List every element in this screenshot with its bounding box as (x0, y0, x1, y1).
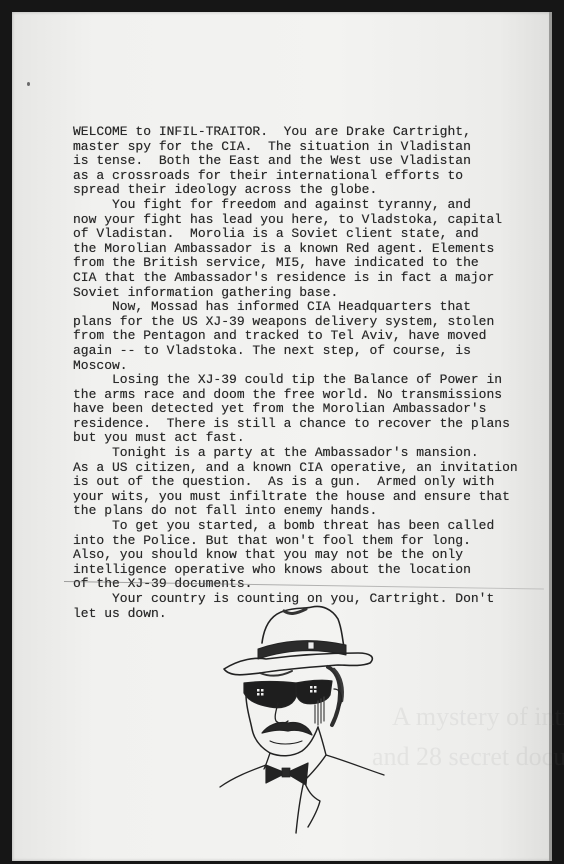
text-line: residence. There is still a chance to re… (73, 417, 553, 432)
text-line: To get you started, a bomb threat has be… (73, 519, 553, 534)
document-page: A mystery of intrigue and 28 secret docu… (12, 12, 552, 861)
text-line: is tense. Both the East and the West use… (73, 154, 553, 169)
text-line: is out of the question. As is a gun. Arm… (73, 475, 553, 490)
text-line: now your fight has lead you here, to Vla… (73, 213, 553, 228)
text-line: Moscow. (73, 359, 553, 374)
text-line: the plans do not fall into enemy hands. (73, 504, 553, 519)
text-line: have been detected yet from the Morolian… (73, 402, 553, 417)
text-line: from the Pentagon and tracked to Tel Avi… (73, 329, 553, 344)
text-line: Losing the XJ-39 could tip the Balance o… (73, 373, 553, 388)
text-line: again -- to Vladstoka. The next step, of… (73, 344, 553, 359)
spy-portrait-icon (200, 597, 400, 837)
text-line: Tonight is a party at the Ambassador's m… (73, 446, 553, 461)
briefing-text: WELCOME to INFIL-TRAITOR. You are Drake … (73, 125, 553, 621)
text-line: of Vladistan. Morolia is a Soviet client… (73, 227, 553, 242)
text-line: Now, Mossad has informed CIA Headquarter… (73, 300, 553, 315)
text-line: as a crossroads for their international … (73, 169, 553, 184)
paper-speck (27, 82, 30, 86)
text-line: spread their ideology across the globe. (73, 183, 553, 198)
text-line: from the British service, MI5, have indi… (73, 256, 553, 271)
text-line: but you must act fast. (73, 431, 553, 446)
text-line: Also, you should know that you may not b… (73, 548, 553, 563)
text-line: the arms race and doom the free world. N… (73, 388, 553, 403)
bleed-through-text: and 28 secret document (372, 742, 564, 772)
text-line: You fight for freedom and against tyrann… (73, 198, 553, 213)
text-line: As a US citizen, and a known CIA operati… (73, 461, 553, 476)
text-line: Soviet information gathering base. (73, 286, 553, 301)
text-line: intelligence operative who knows about t… (73, 563, 553, 578)
text-line: your wits, you must infiltrate the house… (73, 490, 553, 505)
text-line: CIA that the Ambassador's residence is i… (73, 271, 553, 286)
bleed-through-text: A mystery of intrigue (392, 702, 564, 732)
text-line: plans for the US XJ-39 weapons delivery … (73, 315, 553, 330)
text-line: the Morolian Ambassador is a known Red a… (73, 242, 553, 257)
text-line: WELCOME to INFIL-TRAITOR. You are Drake … (73, 125, 553, 140)
text-line: master spy for the CIA. The situation in… (73, 140, 553, 155)
text-line: into the Police. But that won't fool the… (73, 534, 553, 549)
